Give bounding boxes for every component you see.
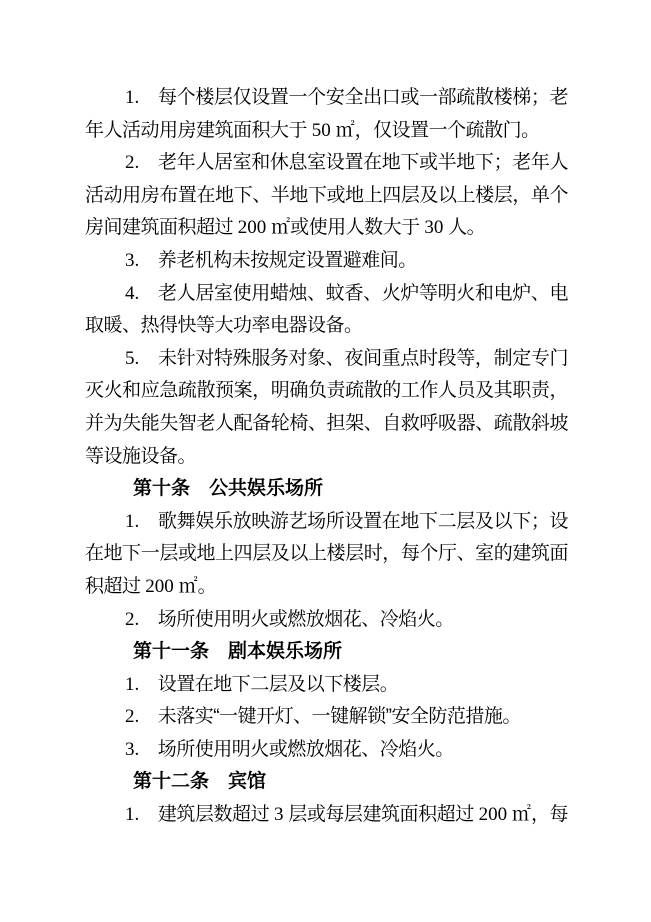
continuation-line: 活动用房布置在地下、半地下或地上四层及以上楼层，单个	[85, 180, 568, 213]
serif-numeral: 3	[274, 804, 284, 825]
list-item-line: 4. 老人居室使用蜡烛、蚊香、火炉等明火和电炉、电	[85, 278, 568, 311]
serif-numeral: 3.	[125, 250, 139, 271]
list-item-line: 3. 场所使用明火或燃放烟花、冷焰火。	[85, 734, 568, 767]
serif-numeral: 1.	[125, 87, 139, 108]
serif-numeral: 1.	[125, 804, 139, 825]
continuation-line: 灭火和应急疏散预案，明确负责疏散的工作人员及其职责，	[85, 375, 568, 408]
section-heading: 第十一条 剧本娱乐场所	[85, 636, 568, 669]
continuation-line: 并为失能失智老人配备轮椅、担架、自救呼吸器、疏散斜坡	[85, 408, 568, 441]
list-item-line: 1. 歌舞娱乐放映游艺场所设置在地下二层及以下；设	[85, 506, 568, 539]
continuation-line: 在地下一层或地上四层及以上楼层时，每个厅、室的建筑面	[85, 538, 568, 571]
serif-numeral: 2.	[125, 706, 139, 727]
serif-numeral: 2.	[125, 152, 139, 173]
continuation-line: 年人活动用房建筑面积大于 50 ㎡，仅设置一个疏散门。	[85, 115, 568, 148]
serif-numeral: 5.	[125, 348, 139, 369]
list-item-line: 2. 老年人居室和休息室设置在地下或半地下；老年人	[85, 147, 568, 180]
list-item-line: 3. 养老机构未按规定设置避难间。	[85, 245, 568, 278]
list-item-line: 2. 场所使用明火或燃放烟花、冷焰火。	[85, 604, 568, 637]
serif-numeral: ㎡	[512, 804, 531, 825]
serif-numeral: 50	[312, 120, 331, 141]
serif-numeral: 200	[145, 576, 174, 597]
list-item-line: 2. 未落实“一键开灯、一键解锁”安全防范措施。	[85, 701, 568, 734]
list-item-line: 5. 未针对特殊服务对象、夜间重点时段等，制定专门	[85, 343, 568, 376]
section-heading: 第十条 公共娱乐场所	[85, 473, 568, 506]
serif-numeral: ㎡	[179, 576, 198, 597]
continuation-line: 积超过 200 ㎡。	[85, 571, 568, 604]
list-item-line: 1. 建筑层数超过 3 层或每层建筑面积超过 200 ㎡，每	[85, 799, 568, 832]
serif-numeral: ㎡	[336, 120, 355, 141]
serif-numeral: 200	[238, 217, 267, 238]
serif-numeral: 1.	[125, 674, 139, 695]
serif-numeral: 2.	[125, 609, 139, 630]
document-page: 1. 每个楼层仅设置一个安全出口或一部疏散楼梯；老年人活动用房建筑面积大于 50…	[0, 0, 651, 922]
serif-numeral: 3.	[125, 739, 139, 760]
continuation-line: 取暖、热得快等大功率电器设备。	[85, 310, 568, 343]
serif-numeral: 1.	[125, 511, 139, 532]
serif-numeral: 30	[424, 217, 443, 238]
continuation-line: 等设施设备。	[85, 441, 568, 474]
serif-numeral: 4.	[125, 283, 139, 304]
document-body: 1. 每个楼层仅设置一个安全出口或一部疏散楼梯；老年人活动用房建筑面积大于 50…	[85, 82, 568, 832]
list-item-line: 1. 每个楼层仅设置一个安全出口或一部疏散楼梯；老	[85, 82, 568, 115]
serif-numeral: ㎡	[271, 217, 290, 238]
section-heading: 第十二条 宾馆	[85, 766, 568, 799]
serif-numeral: 200	[479, 804, 508, 825]
list-item-line: 1. 设置在地下二层及以下楼层。	[85, 669, 568, 702]
continuation-line: 房间建筑面积超过 200 ㎡或使用人数大于 30 人。	[85, 212, 568, 245]
